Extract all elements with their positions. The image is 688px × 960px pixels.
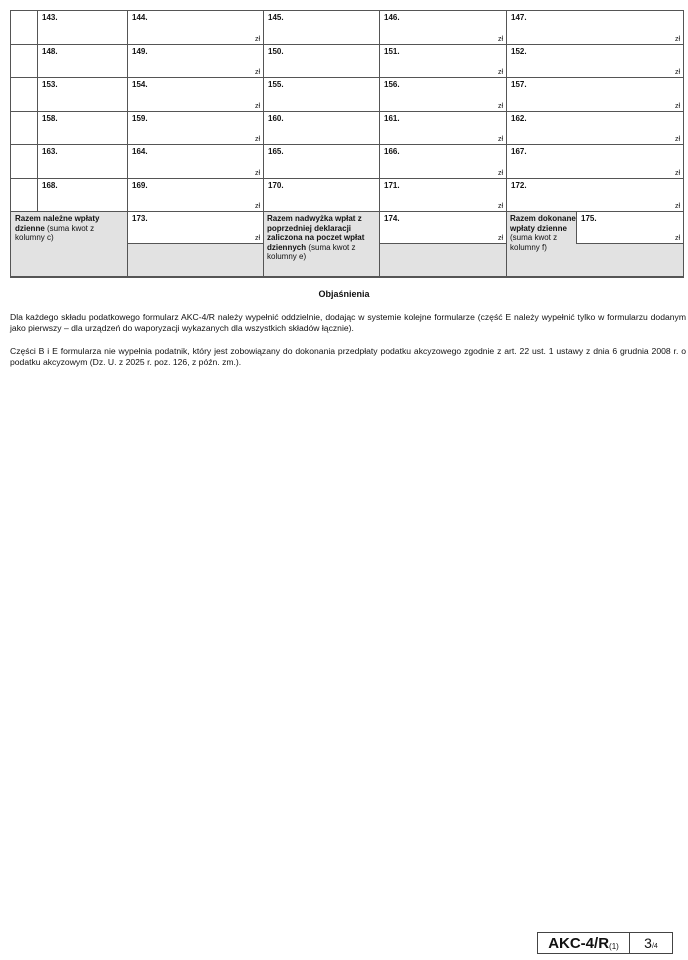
table-row: 168.169.zł170.171.zł172.zł [10, 179, 684, 213]
field-cell[interactable]: 166.zł [379, 145, 506, 178]
field-number: 161. [384, 114, 400, 123]
currency-label: zł [675, 103, 680, 110]
field-number: 156. [384, 80, 400, 89]
field-cell[interactable]: 170. [263, 179, 379, 212]
field-number: 171. [384, 181, 400, 190]
table-row: 158.159.zł160.161.zł162.zł [10, 112, 684, 146]
currency-label: zł [255, 36, 260, 43]
field-cell[interactable]: 167.zł [506, 145, 684, 178]
currency-label: zł [498, 170, 503, 177]
field-cell[interactable]: 146.zł [379, 11, 506, 44]
currency-label: zł [498, 235, 503, 242]
currency-label: zł [498, 103, 503, 110]
summary-field-173[interactable]: 173.zł [127, 212, 263, 244]
summary-label-made-bold: Razem dokonane wpłaty dzienne [510, 214, 576, 233]
field-number: 164. [132, 147, 148, 156]
field-number: 158. [42, 114, 58, 123]
currency-label: zł [255, 69, 260, 76]
explanations-heading: Objaśnienia [0, 289, 688, 299]
field-cell[interactable]: 160. [263, 112, 379, 145]
field-cell[interactable]: 165. [263, 145, 379, 178]
field-number: 155. [268, 80, 284, 89]
summary-label-due: Razem należne wpłaty dzienne (suma kwot … [15, 214, 123, 243]
row-index-cell [10, 78, 37, 111]
column-divider [379, 212, 380, 276]
field-number: 147. [511, 13, 527, 22]
field-number: 150. [268, 47, 284, 56]
field-cell[interactable]: 163. [37, 145, 127, 178]
currency-label: zł [498, 69, 503, 76]
summary-label-made-note: (suma kwot z kolumny f) [510, 233, 557, 252]
field-cell[interactable]: 154.zł [127, 78, 263, 111]
currency-label: zł [255, 136, 260, 143]
row-index-cell [10, 11, 37, 44]
currency-label: zł [675, 235, 680, 242]
field-cell[interactable]: 164.zł [127, 145, 263, 178]
field-number: 173. [132, 214, 148, 223]
field-number: 143. [42, 13, 58, 22]
field-number: 159. [132, 114, 148, 123]
field-number: 152. [511, 47, 527, 56]
currency-label: zł [675, 36, 680, 43]
column-divider [506, 212, 507, 276]
field-number: 170. [268, 181, 284, 190]
currency-label: zł [675, 136, 680, 143]
field-cell[interactable]: 153. [37, 78, 127, 111]
currency-label: zł [675, 203, 680, 210]
currency-label: zł [255, 170, 260, 177]
summary-field-175[interactable]: 175.zł [576, 212, 683, 244]
field-cell[interactable]: 159.zł [127, 112, 263, 145]
currency-label: zł [255, 103, 260, 110]
field-number: 172. [511, 181, 527, 190]
form-code-text: AKC-4/R [548, 935, 609, 952]
row-index-cell [10, 45, 37, 78]
summary-row: Razem należne wpłaty dzienne (suma kwot … [10, 212, 684, 278]
field-number: 167. [511, 147, 527, 156]
form-code: AKC-4/R(1) [538, 933, 630, 953]
field-number: 145. [268, 13, 284, 22]
field-cell[interactable]: 158. [37, 112, 127, 145]
field-cell[interactable]: 162.zł [506, 112, 684, 145]
column-divider [127, 212, 128, 276]
field-number: 149. [132, 47, 148, 56]
field-cell[interactable]: 169.zł [127, 179, 263, 212]
summary-field-174[interactable]: 174.zł [379, 212, 506, 244]
row-index-cell [10, 112, 37, 145]
field-cell[interactable]: 152.zł [506, 45, 684, 78]
field-number: 162. [511, 114, 527, 123]
field-cell[interactable]: 145. [263, 11, 379, 44]
field-cell[interactable]: 156.zł [379, 78, 506, 111]
field-number: 166. [384, 147, 400, 156]
column-divider [263, 212, 264, 276]
field-cell[interactable]: 147.zł [506, 11, 684, 44]
form-version: (1) [609, 942, 619, 951]
field-number: 157. [511, 80, 527, 89]
page-current: 3 [644, 935, 652, 951]
field-cell[interactable]: 171.zł [379, 179, 506, 212]
currency-label: zł [498, 136, 503, 143]
table-row: 148.149.zł150.151.zł152.zł [10, 45, 684, 79]
field-number: 168. [42, 181, 58, 190]
currency-label: zł [675, 69, 680, 76]
field-cell[interactable]: 172.zł [506, 179, 684, 212]
currency-label: zł [675, 170, 680, 177]
field-cell[interactable]: 150. [263, 45, 379, 78]
row-index-cell [10, 179, 37, 212]
form-footer: AKC-4/R(1) 3/4 [537, 932, 673, 954]
currency-label: zł [498, 203, 503, 210]
field-number: 148. [42, 47, 58, 56]
field-number: 175. [581, 214, 597, 223]
currency-label: zł [255, 203, 260, 210]
page-total: /4 [652, 943, 658, 950]
field-cell[interactable]: 148. [37, 45, 127, 78]
currency-label: zł [498, 36, 503, 43]
row-index-cell [10, 145, 37, 178]
field-cell[interactable]: 155. [263, 78, 379, 111]
field-cell[interactable]: 161.zł [379, 112, 506, 145]
field-number: 174. [384, 214, 400, 223]
currency-label: zł [255, 235, 260, 242]
table-row: 143.144.zł145.146.zł147.zł [10, 10, 684, 45]
field-cell[interactable]: 144.zł [127, 11, 263, 44]
summary-label-surplus: Razem nadwyżka wpłat z poprzedniej dekla… [267, 214, 379, 262]
field-number: 151. [384, 47, 400, 56]
field-number: 160. [268, 114, 284, 123]
field-cell[interactable]: 149.zł [127, 45, 263, 78]
page-number: 3/4 [630, 933, 672, 953]
field-cell[interactable]: 143. [37, 11, 127, 44]
field-number: 146. [384, 13, 400, 22]
table-row: 153.154.zł155.156.zł157.zł [10, 78, 684, 112]
table-row: 163.164.zł165.166.zł167.zł [10, 145, 684, 179]
field-number: 154. [132, 80, 148, 89]
field-number: 165. [268, 147, 284, 156]
field-cell[interactable]: 168. [37, 179, 127, 212]
field-number: 163. [42, 147, 58, 156]
field-cell[interactable]: 151.zł [379, 45, 506, 78]
field-number: 169. [132, 181, 148, 190]
field-cell[interactable]: 157.zł [506, 78, 684, 111]
summary-label-made: Razem dokonane wpłaty dzienne (suma kwot… [510, 214, 576, 252]
explanation-paragraph-1: Dla każdego składu podatkowego formularz… [10, 312, 686, 334]
explanation-paragraph-2: Części B i E formularza nie wypełnia pod… [10, 346, 686, 368]
field-number: 153. [42, 80, 58, 89]
payments-table: 143.144.zł145.146.zł147.zł148.149.zł150.… [10, 10, 684, 278]
field-number: 144. [132, 13, 148, 22]
